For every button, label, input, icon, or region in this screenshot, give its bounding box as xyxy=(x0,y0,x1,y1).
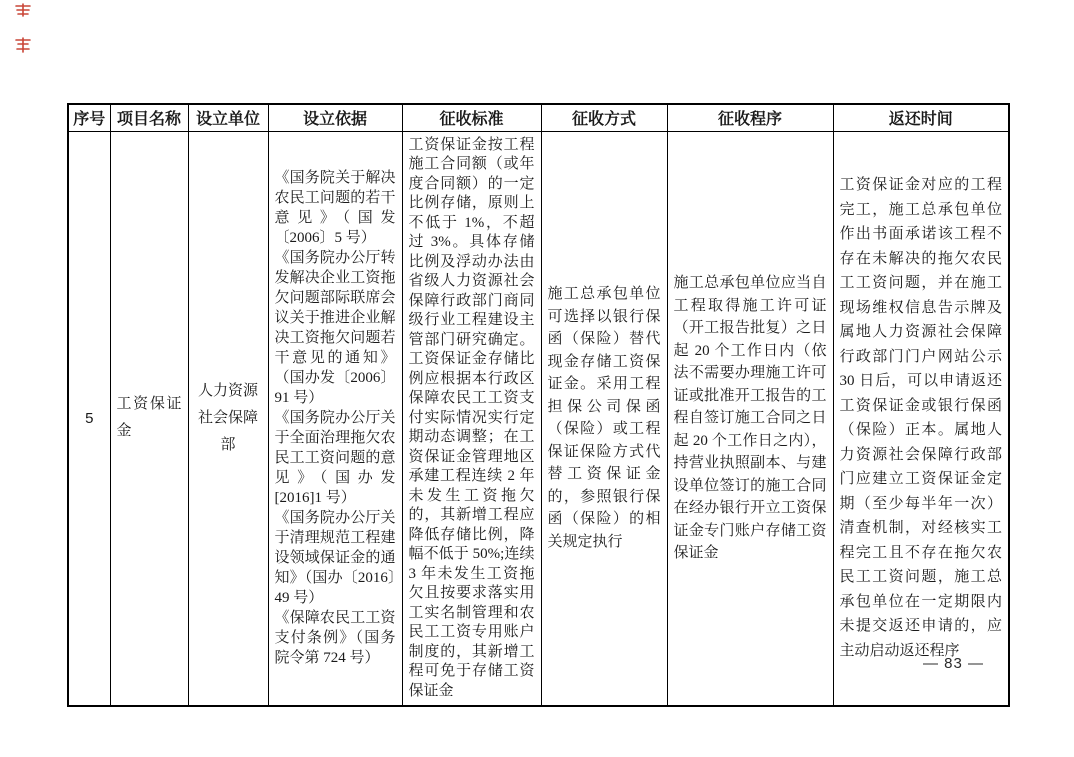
header-refund-time: 返还时间 xyxy=(833,104,1009,131)
red-annotation-marks-icon xyxy=(12,2,36,56)
header-legal-basis: 设立依据 xyxy=(268,104,402,131)
legal-basis-item: 《国务院关于解决农民工问题的若干意见》（国发〔2006〕5 号） xyxy=(275,168,396,248)
header-collection-standard: 征收标准 xyxy=(402,104,541,131)
legal-basis-item: 《国务院办公厅转发解决企业工资拖欠问题部际联席会议关于推进企业解决工资拖欠问题若… xyxy=(275,248,396,408)
header-collection-method: 征收方式 xyxy=(541,104,667,131)
table-header-row: 序号 项目名称 设立单位 设立依据 征收标准 征收方式 征收程序 返还时间 xyxy=(68,104,1009,131)
cell-collection-method: 施工总承包单位可选择以银行保函（保险）替代现金存储工资保证金。采用工程担保公司保… xyxy=(541,131,667,706)
legal-basis-item: 《保障农民工工资支付条例》（国务院令第 724 号） xyxy=(275,608,396,668)
fee-item-table: 序号 项目名称 设立单位 设立依据 征收标准 征收方式 征收程序 返还时间 5 … xyxy=(67,103,1010,707)
cell-collection-procedure: 施工总承包单位应当自工程取得施工许可证（开工报告批复）之日起 20 个工作日内（… xyxy=(667,131,833,706)
page-number: — 83 — xyxy=(923,655,1003,672)
header-collection-procedure: 征收程序 xyxy=(667,104,833,131)
legal-basis-item: 《国务院办公厅关于全面治理拖欠农民工工资问题的意见》（国办发[2016]1 号） xyxy=(275,408,396,508)
cell-establishing-unit: 人力资源社会保障部 xyxy=(188,131,268,706)
header-establishing-unit: 设立单位 xyxy=(188,104,268,131)
cell-seq: 5 xyxy=(68,131,110,706)
table-row: 5 工资保证金 人力资源社会保障部 《国务院关于解决农民工问题的若干意见》（国发… xyxy=(68,131,1009,706)
header-seq: 序号 xyxy=(68,104,110,131)
cell-collection-standard: 工资保证金按工程施工合同额（或年度合同额）的一定比例存储，原则上不低于 1%，不… xyxy=(402,131,541,706)
cell-project-name: 工资保证金 xyxy=(110,131,188,706)
header-project-name: 项目名称 xyxy=(110,104,188,131)
cell-refund-time: 工资保证金对应的工程完工，施工总承包单位作出书面承诺该工程不存在未解决的拖欠农民… xyxy=(833,131,1009,706)
legal-basis-item: 《国务院办公厅关于清理规范工程建设领域保证金的通知》（国办〔2016〕49 号） xyxy=(275,508,396,608)
cell-legal-basis: 《国务院关于解决农民工问题的若干意见》（国发〔2006〕5 号）《国务院办公厅转… xyxy=(268,131,402,706)
